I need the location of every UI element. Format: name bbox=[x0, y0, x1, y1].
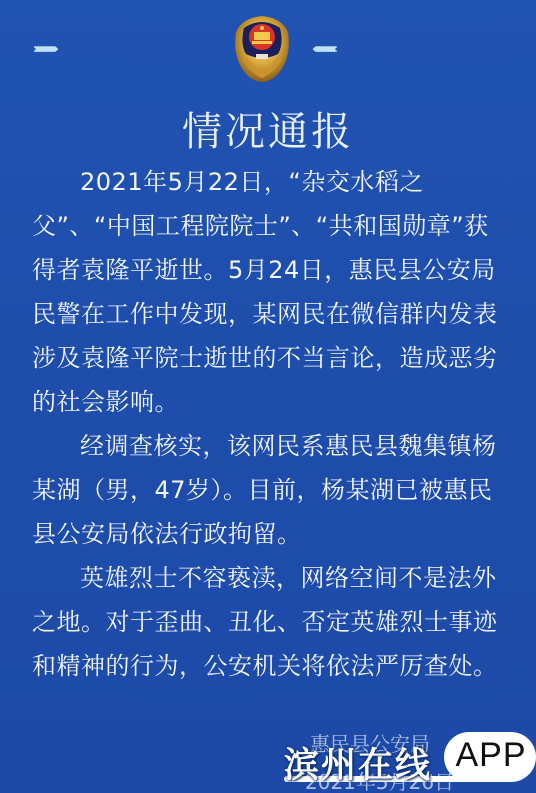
paragraph-2: 经调查核实，该网民系惠民县魏集镇杨某湖（男，47岁）。目前，杨某湖已被惠民县公安… bbox=[32, 424, 510, 556]
watermark-app-label: APP bbox=[448, 736, 534, 775]
left-chevron-decoration: ›››››››››››››››››››››››››››› bbox=[33, 44, 209, 56]
notice-body: 2021年5月22日，“杂交水稻之父”、“中国工程院院士”、“共和国勋章”获得者… bbox=[32, 160, 510, 688]
watermark-brand: 滨州在线 bbox=[284, 738, 432, 788]
right-chevron-decoration: ‹‹‹‹‹‹‹‹‹‹‹‹‹‹‹‹‹‹‹‹‹‹‹‹‹‹‹‹ bbox=[312, 44, 490, 56]
paragraph-1: 2021年5月22日，“杂交水稻之父”、“中国工程院院士”、“共和国勋章”获得者… bbox=[32, 160, 510, 424]
paragraph-3: 英雄烈士不容亵渎，网络空间不是法外之地。对于歪曲、丑化、否定英雄烈士事迹和精神的… bbox=[32, 556, 510, 688]
notice-page: ›››››››››››››››››››››››››››› ‹‹‹‹‹‹‹‹‹‹‹… bbox=[0, 0, 536, 793]
page-title: 情况通报 bbox=[0, 100, 536, 157]
police-emblem-icon bbox=[222, 10, 302, 90]
